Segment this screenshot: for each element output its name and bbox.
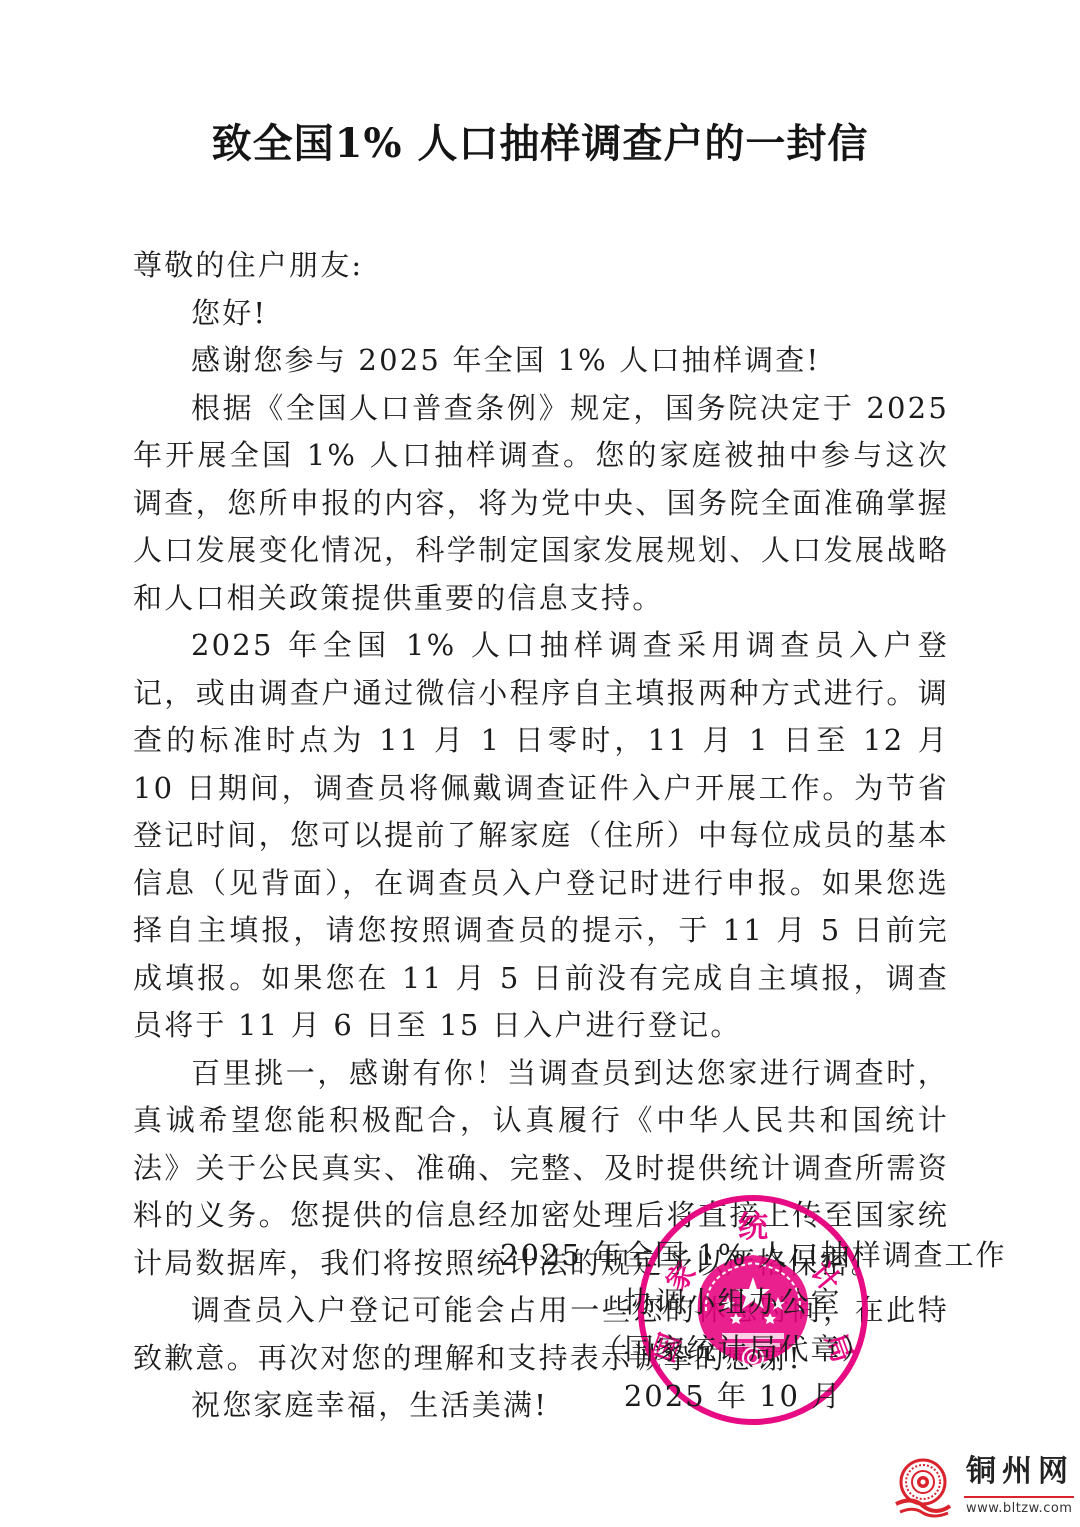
signature-seal-note: （国家统计局代章） [500,1326,966,1373]
site-url: www.bltzw.com [966,1500,1072,1518]
site-name: 铜州网 [966,1452,1074,1492]
letter-title: 致全国1% 人口抽样调查户的一封信 [0,112,1080,169]
signature-office-line: 协调小组办公室 [500,1279,966,1326]
method-paragraph: 2025 年全国 1% 人口抽样调查采用调查员入户登记，或由调查户通过微信小程序… [133,622,949,1050]
site-watermark-logo: 铜州网 www.bltzw.com [886,1452,1076,1522]
signature-date: 2025 年 10 月 [500,1373,966,1420]
purpose-paragraph: 根据《全国人口普查条例》规定，国务院决定于 2025 年开展全国 1% 人口抽样… [133,385,949,623]
signature-org-line: 2025 年全国 1% 人口抽样调查工作 [500,1232,966,1279]
thanks-paragraph: 感谢您参与 2025 年全国 1% 人口抽样调查! [133,337,949,385]
logo-divider [964,1496,1074,1498]
salutation: 尊敬的住户朋友: [133,242,949,290]
signature-block: 2025 年全国 1% 人口抽样调查工作 协调小组办公室 （国家统计局代章） 2… [500,1232,966,1420]
greeting-paragraph: 您好! [133,290,949,338]
emblem-logo-icon [892,1456,954,1518]
